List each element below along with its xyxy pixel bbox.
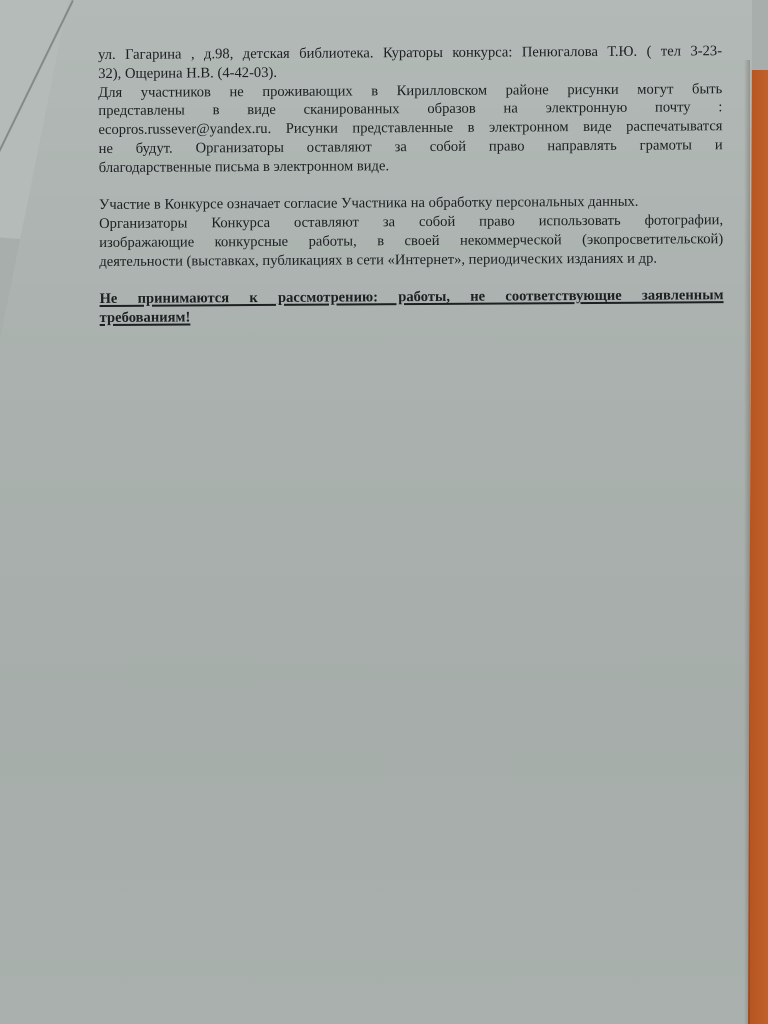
text-line: ул. Гагарина , д.98, детская библиотека.… [98,42,722,65]
paragraph-remote-participants: Для участников не проживающих в Кириллов… [98,80,723,178]
document-text: ул. Гагарина , д.98, детская библиотека.… [98,42,724,328]
paragraph-contacts: ул. Гагарина , д.98, детская библиотека.… [98,42,722,83]
text-line: благодарственные письма в электронном ви… [99,155,723,178]
text-line: не будут. Организаторы оставляют за собо… [99,136,723,159]
paragraph-consent: Участие в Конкурсе означает согласие Уча… [99,193,723,272]
warning-line: требованиям! [100,305,724,328]
page-edge-shadow [744,60,750,1024]
warning-notice: Не принимаются к рассмотрению: работы, н… [99,287,723,328]
text-line: деятельности (выставках, публикациях в с… [99,249,723,272]
photo-scene: ул. Гагарина , д.98, детская библиотека.… [0,0,768,1024]
warning-line: Не принимаются к рассмотрению: работы, н… [99,287,723,310]
